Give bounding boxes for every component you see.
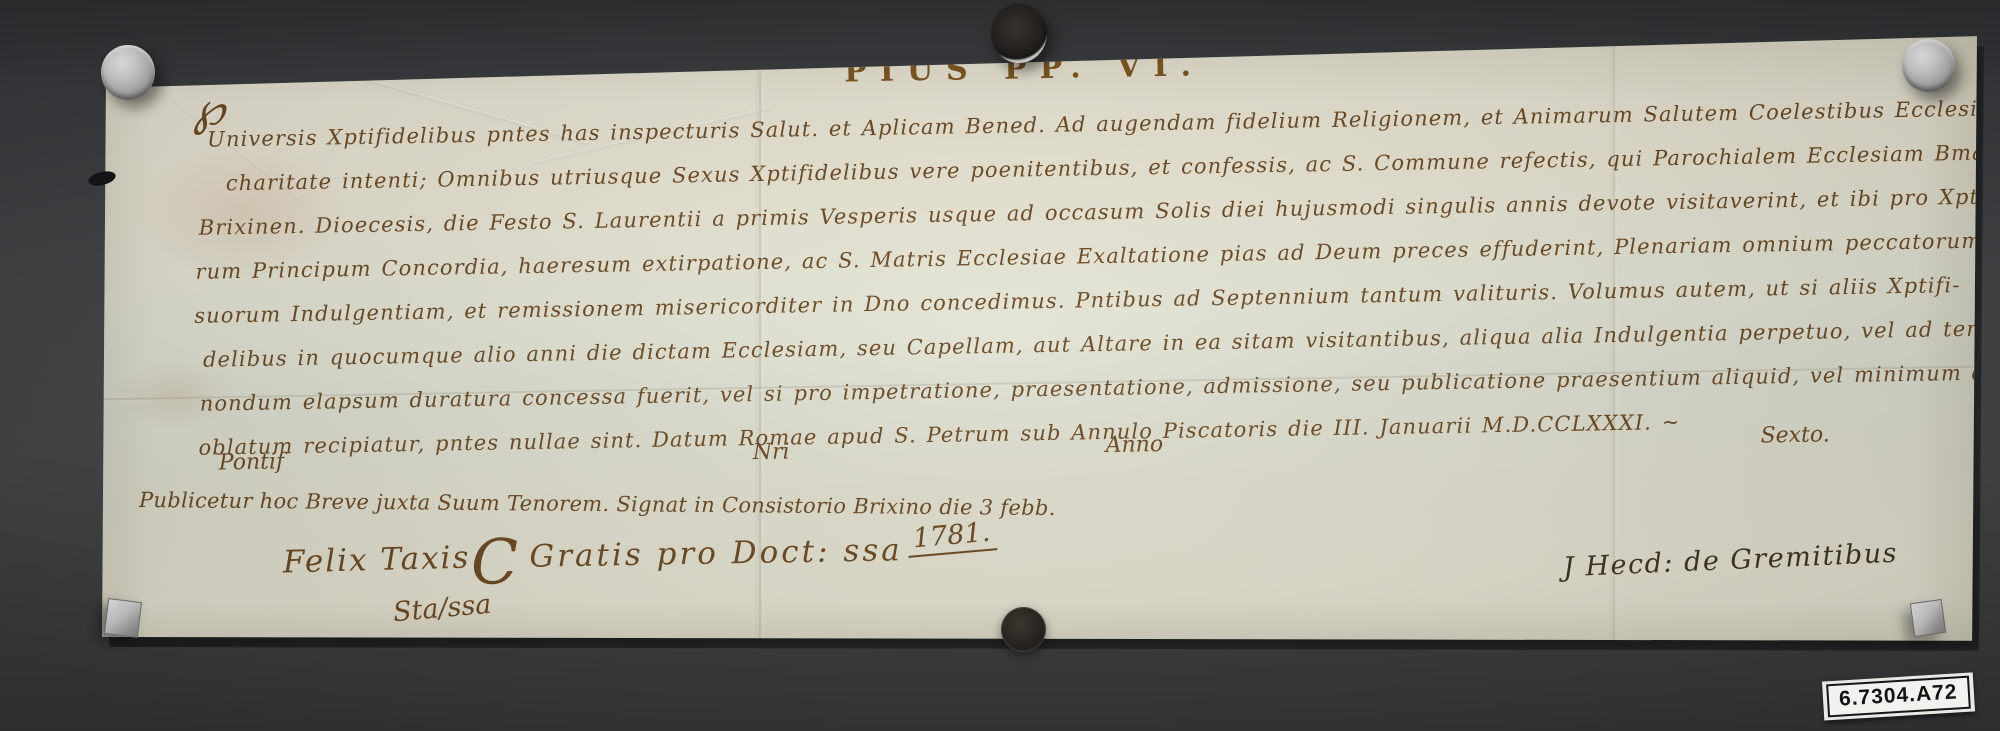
body-line-5: suorum Indulgentiam, et remissionem mise… [194,273,1961,328]
body-line-3: Brixinen. Dioecesis, die Festo S. Lauren… [198,184,2000,240]
pushpin-bottom-center [1001,607,1046,652]
dateline-anno: Anno [1105,432,1163,458]
pushpin-top-center [991,4,1047,63]
pushpin-top-right [1902,39,1955,92]
body-line-1: Universis Xptifidelibus pntes has inspec… [207,93,2000,151]
dateline-sexto: Sexto. [1760,422,1830,448]
inventory-label: 6.7304.A72 [1822,672,1975,720]
body-line-4: rum Principum Concordia, haeresum extirp… [195,229,1982,284]
signature-center: CGratis pro Doct: ssa [470,518,903,599]
signature-swash: C [470,525,522,599]
body-line-6: delibus in quocumque alio anni die dicta… [203,316,2000,372]
pushpin-bottom-left [104,598,142,638]
signature-left: Felix Taxis [283,540,471,581]
body-line-8: oblatum recipiatur, pntes nullae sint. D… [198,410,1680,460]
pushpin-bottom-right [1910,599,1946,637]
signature-center-text: Gratis pro Doct: ssa [529,532,903,575]
photograph: PIUS PP. VI. ℘ Universis Xptifidelibus p… [0,0,2000,731]
pushpin-top-left [101,45,155,100]
inventory-number: 6.7304.A72 [1826,676,1970,718]
parchment-document: PIUS PP. VI. ℘ Universis Xptifidelibus p… [95,30,1980,645]
dateline-nostri: Nri [752,440,789,466]
dateline-pontificatus: Pontif [219,449,285,475]
